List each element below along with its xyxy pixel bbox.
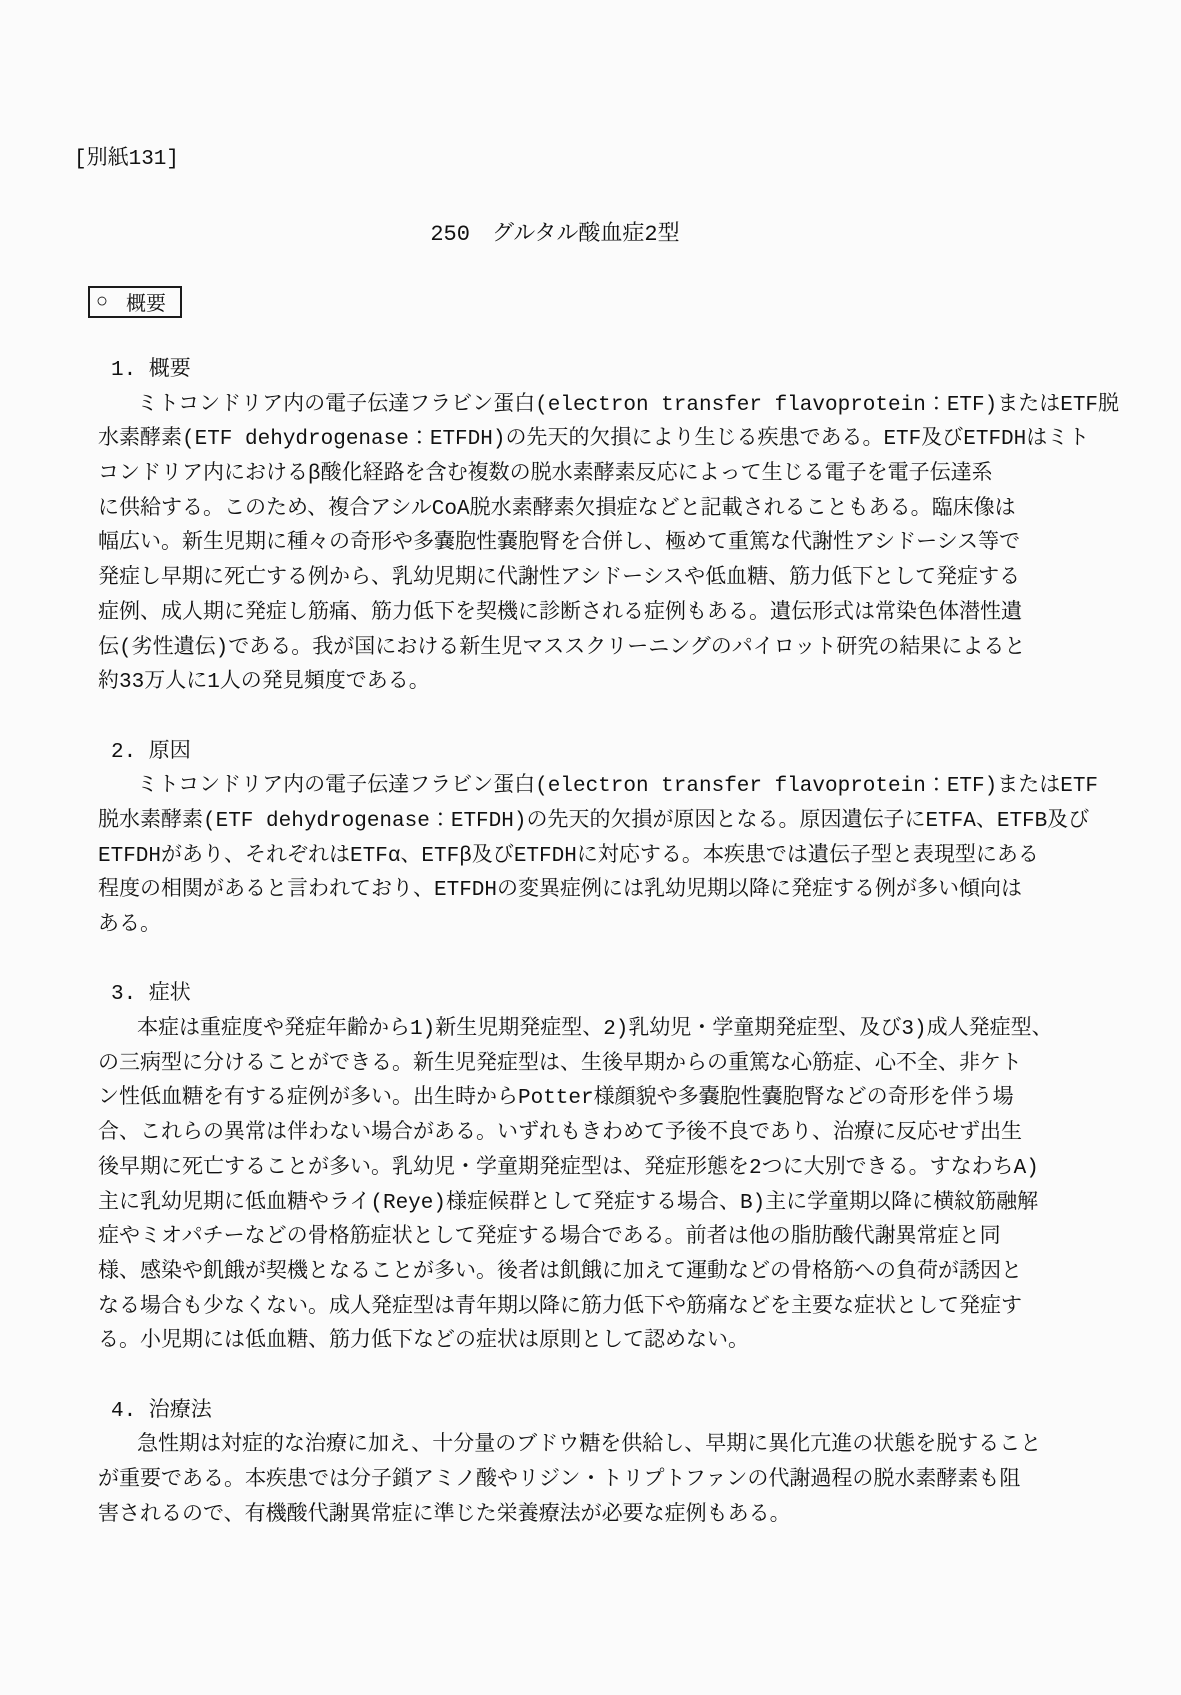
text-line: 脱水素酵素(ETF dehydrogenase：ETFDH)の先天的欠損が原因と… — [98, 805, 1108, 840]
section: 3. 症状本症は重症度や発症年齢から1)新生児期発症型、2)乳幼児・学童期発症型… — [98, 978, 1108, 1360]
section: 1. 概要ミトコンドリア内の電子伝達フラビン蛋白(electron transf… — [98, 354, 1108, 701]
text-line: 水素酵素(ETF dehydrogenase：ETFDH)の先天的欠損により生じ… — [98, 423, 1108, 458]
text-line: が重要である。本疾患では分子鎖アミノ酸やリジン・トリプトファンの代謝過程の脱水素… — [98, 1464, 1108, 1499]
text-line: なる場合も少なくない。成人発症型は青年期以降に筋力低下や筋痛などを主要な症状とし… — [98, 1291, 1108, 1326]
text-line: 発症し早期に死亡する例から、乳幼児期に代謝性アシドーシスや低血糖、筋力低下として… — [98, 562, 1108, 597]
text-line: コンドリア内におけるβ酸化経路を含む複数の脱水素酵素反応によって生じる電子を電子… — [98, 458, 1108, 493]
text-line: 症例、成人期に発症し筋痛、筋力低下を契機に診断される症例もある。遺伝形式は常染色… — [98, 597, 1108, 632]
circle-marker-icon: ○ — [96, 291, 108, 314]
text-line: ある。 — [98, 909, 1108, 944]
text-line: 急性期は対症的な治療に加え、十分量のブドウ糖を供給し、早期に異化亢進の状態を脱す… — [98, 1429, 1108, 1464]
text-line: る。小児期には低血糖、筋力低下などの症状は原則として認めない。 — [98, 1325, 1108, 1360]
text-line: 症やミオパチーなどの骨格筋症状として発症する場合である。前者は他の脂肪酸代謝異常… — [98, 1221, 1108, 1256]
text-line: に供給する。このため、複合アシルCoA脱水素酵素欠損症などと記載されることもある… — [98, 493, 1108, 528]
text-line: 程度の相関があると言われており、ETFDHの変異症例には乳幼児期以降に発症する例… — [98, 874, 1108, 909]
document-page: [別紙131] 250 グルタル酸血症2型 ○ 概要 1. 概要ミトコンドリア内… — [0, 0, 1181, 1695]
overview-box: ○ 概要 — [88, 286, 182, 318]
document-body: 1. 概要ミトコンドリア内の電子伝達フラビン蛋白(electron transf… — [98, 354, 1108, 1568]
text-line: 害されるので、有機酸代謝異常症に準じた栄養療法が必要な症例もある。 — [98, 1499, 1108, 1534]
section-heading: 3. 症状 — [98, 978, 1108, 1013]
section: 4. 治療法急性期は対症的な治療に加え、十分量のブドウ糖を供給し、早期に異化亢進… — [98, 1395, 1108, 1534]
section: 2. 原因ミトコンドリア内の電子伝達フラビン蛋白(electron transf… — [98, 736, 1108, 944]
text-line: 合、これらの異常は伴わない場合がある。いずれもきわめて予後不良であり、治療に反応… — [98, 1117, 1108, 1152]
text-line: ン性低血糖を有する症例が多い。出生時からPotter様顔貌や多嚢胞性嚢胞腎などの… — [98, 1082, 1108, 1117]
section-heading: 2. 原因 — [98, 736, 1108, 771]
attachment-label: [別紙131] — [74, 146, 179, 174]
text-line: ミトコンドリア内の電子伝達フラビン蛋白(electron transfer fl… — [98, 389, 1108, 424]
section-heading: 1. 概要 — [98, 354, 1108, 389]
text-line: 後早期に死亡することが多い。乳幼児・学童期発症型は、発症形態を2つに大別できる。… — [98, 1152, 1108, 1187]
text-line: 約33万人に1人の発見頻度である。 — [98, 666, 1108, 701]
text-line: 伝(劣性遺伝)である。我が国における新生児マススクリーニングのパイロット研究の結… — [98, 632, 1108, 667]
text-line: の三病型に分けることができる。新生児発症型は、生後早期からの重篤な心筋症、心不全… — [98, 1048, 1108, 1083]
text-line: ミトコンドリア内の電子伝達フラビン蛋白(electron transfer fl… — [98, 770, 1108, 805]
text-line: 主に乳幼児期に低血糖やライ(Reye)様症候群として発症する場合、B)主に学童期… — [98, 1187, 1108, 1222]
text-line: 幅広い。新生児期に種々の奇形や多嚢胞性嚢胞腎を合併し、極めて重篤な代謝性アシドー… — [98, 527, 1108, 562]
document-title: 250 グルタル酸血症2型 — [0, 221, 1110, 249]
text-line: 本症は重症度や発症年齢から1)新生児期発症型、2)乳幼児・学童期発症型、及び3)… — [98, 1013, 1108, 1048]
section-heading: 4. 治療法 — [98, 1395, 1108, 1430]
overview-box-label: 概要 — [126, 287, 166, 317]
text-line: 様、感染や飢餓が契機となることが多い。後者は飢餓に加えて運動などの骨格筋への負荷… — [98, 1256, 1108, 1291]
text-line: ETFDHがあり、それぞれはETFα、ETFβ及びETFDHに対応する。本疾患で… — [98, 840, 1108, 875]
